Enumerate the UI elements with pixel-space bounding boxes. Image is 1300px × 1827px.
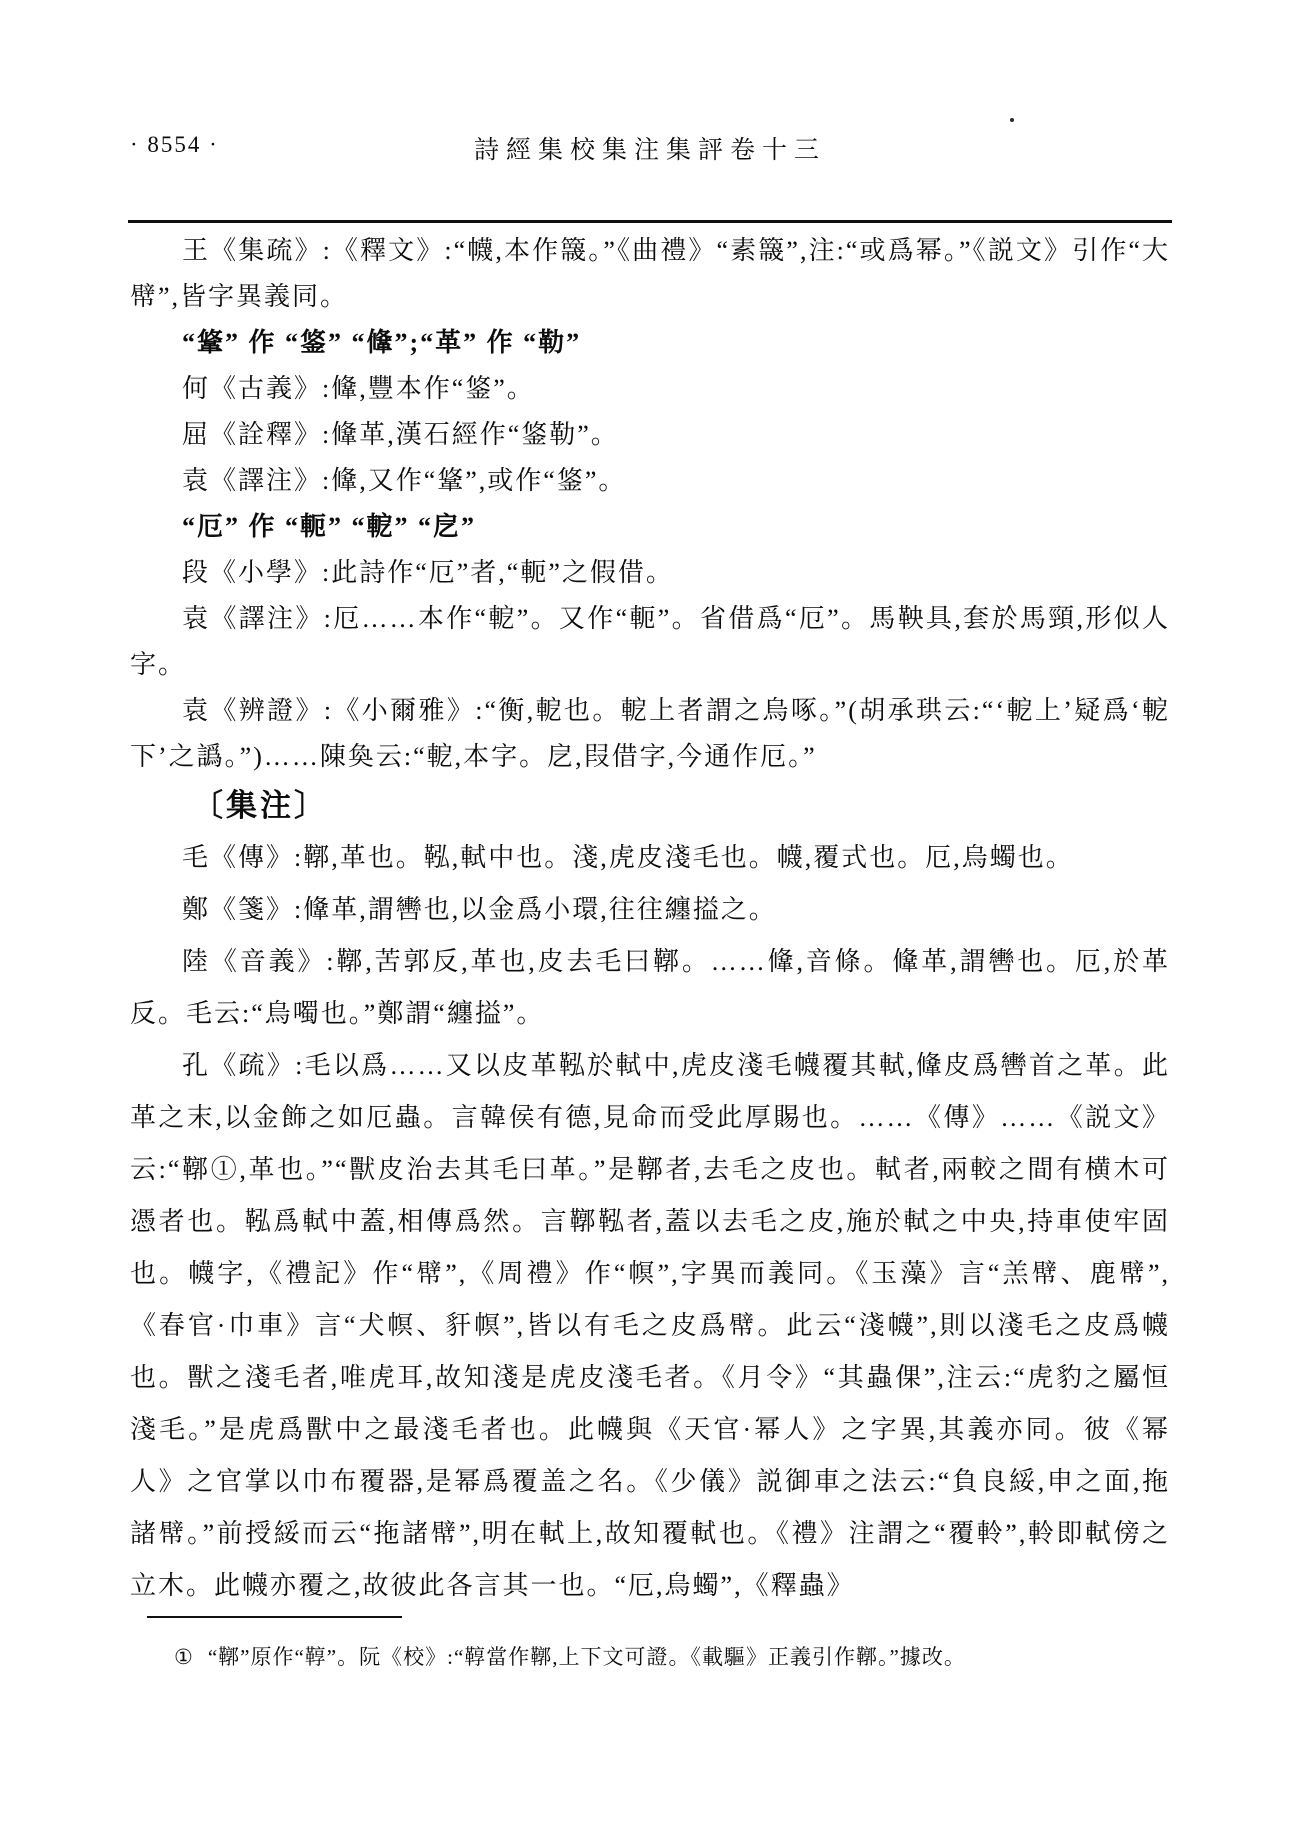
text-column: 王《集疏》:《釋文》:“幭,本作簚。”《曲禮》“素簚”,注:“或爲幂。”《説文》… (130, 228, 1170, 1612)
collation-section: 王《集疏》:《釋文》:“幭,本作簚。”《曲禮》“素簚”,注:“或爲幂。”《説文》… (130, 228, 1170, 780)
section-header-jizhu: 〔集注〕 (130, 780, 1170, 832)
book-page: · 8554 · 詩經集校集注集評卷十三 王《集疏》:《釋文》:“幭,本作簚。”… (0, 0, 1300, 1827)
footnote-marker: ① (130, 1645, 208, 1669)
jizhu-entry-lu-yinyi: 陸《音義》:鞹,苦郭反,革也,皮去毛曰鞹。……鞗,音條。鞗革,謂轡也。厄,於革反… (130, 936, 1170, 1040)
collation-entry-yuan-bianzheng: 袁《辨證》:《小爾雅》:“衡,軶也。軶上者謂之烏啄。”(胡承珙云:“‘軶上’疑爲… (130, 688, 1170, 780)
collation-entry-yuan-yizhu: 袁《譯注》:鞗,又作“䩦”,或作“鋚”。 (130, 458, 1170, 504)
jizhu-entry-mao-zhuan: 毛《傳》:鞹,革也。鞃,軾中也。淺,虎皮淺毛也。幭,覆式也。厄,烏蠋也。 (130, 832, 1170, 884)
jizhu-entry-kong-shu: 孔《疏》:毛以爲……又以皮革鞃於軾中,虎皮淺毛幭覆其軾,鞗皮爲轡首之革。此革之末… (130, 1040, 1170, 1612)
collation-entry-duan-xiaoxue: 段《小學》:此詩作“厄”者,“軛”之假借。 (130, 550, 1170, 596)
footnote-text: “鞹”原作“鞟”。阮《校》:“鞟當作鞹,上下文可證。《載驅》正義引作鞹。”據改。 (208, 1645, 966, 1669)
scan-speck (1010, 118, 1014, 122)
variant-heading-tiao: “䩦” 作 “鋚” “鞗”;“革” 作 “勒” (130, 320, 1170, 366)
jizhu-entry-zheng-jian: 鄭《箋》:鞗革,謂轡也,以金爲小環,往往纏搤之。 (130, 884, 1170, 936)
header-rule (128, 220, 1172, 223)
jizhu-section: 〔集注〕 毛《傳》:鞹,革也。鞃,軾中也。淺,虎皮淺毛也。幭,覆式也。厄,烏蠋也… (130, 780, 1170, 1612)
collation-entry-wang-jishu: 王《集疏》:《釋文》:“幭,本作簚。”《曲禮》“素簚”,注:“或爲幂。”《説文》… (130, 228, 1170, 320)
collation-entry-he-guyi: 何《古義》:鞗,豐本作“鋚”。 (130, 366, 1170, 412)
variant-heading-e: “厄” 作 “軛” “軶” “戹” (130, 504, 1170, 550)
page-title: 詩經集校集注集評卷十三 (0, 130, 1300, 166)
footnote-rule (147, 1616, 402, 1618)
collation-entry-qu-quanshi: 屈《詮釋》:鞗革,漢石經作“鋚勒”。 (130, 412, 1170, 458)
footnote: ①“鞹”原作“鞟”。阮《校》:“鞟當作鞹,上下文可證。《載驅》正義引作鞹。”據改… (130, 1640, 1170, 1674)
collation-entry-yuan-yizhu-2: 袁《譯注》:厄……本作“軶”。又作“軛”。省借爲“厄”。馬鞅具,套於馬頸,形似人… (130, 596, 1170, 688)
page-header: · 8554 · 詩經集校集注集評卷十三 (0, 126, 1300, 166)
